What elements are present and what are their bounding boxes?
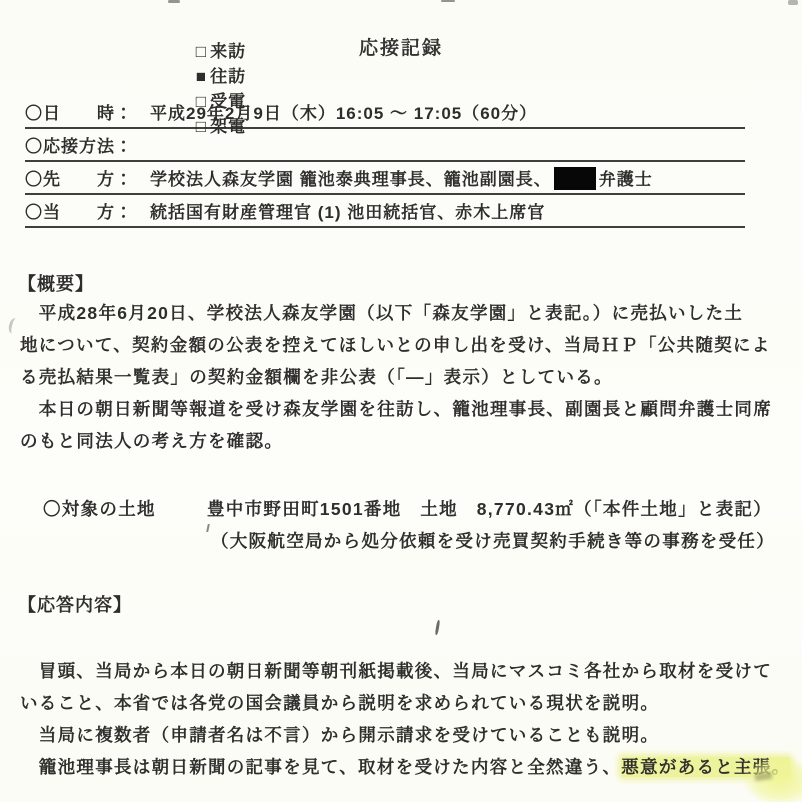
summary-paragraph1-line: 地について、契約金額の公表を控えてほしいとの申し出を受け、当局ＨＰ「公共随契によ: [20, 332, 771, 357]
summary-paragraph2-line: のもと同法人の考え方を確認。: [20, 428, 283, 453]
method-label: 〇応接方法：: [25, 132, 150, 157]
summary-paragraph2-line: 本日の朝日新聞等報道を受け森友学園を往訪し、籠池理事長、副園長と顧問弁護士同席: [20, 396, 772, 421]
subject-land-line2: （大阪航空局から処分依頼を受け売買契約手続き等の事務を受任）: [211, 528, 775, 553]
scan-artifact-top-mark: [168, 0, 180, 3]
method-option-juden: □受電: [196, 92, 246, 111]
method-option-kaden: □架電: [196, 117, 246, 136]
subject-land-label: 〇対象の土地: [43, 496, 156, 521]
counterpart-suffix: 弁護士: [599, 170, 653, 189]
scan-artifact-left-mark: [7, 317, 21, 335]
scan-artifact-top-mark: [788, 0, 798, 5]
response-last-line: 籠池理事長は朝日新聞の記事を見て、取材を受けた内容と全然違う、悪意があると主張。: [20, 754, 790, 779]
meta-row-counterpart: 〇先 方： 学校法人森友学園 籠池泰典理事長、籠池副園長、弁護士: [25, 162, 745, 195]
datetime-label: 〇日 時：: [25, 99, 150, 124]
response-line: 冒頭、当局から本日の朝日新聞等朝刊紙掲載後、当局にマスコミ各社から取材を受けて: [20, 658, 772, 683]
scan-artifact-apostrophe: [206, 524, 210, 532]
response-line: いること、本省では各党の国会議員から説明を求められている現状を説明。: [20, 690, 659, 715]
ourside-label: 〇当 方：: [25, 198, 150, 223]
summary-paragraph1-line: る売払結果一覧表」の契約金額欄を非公表（「—」表示）としている。: [20, 364, 613, 389]
summary-paragraph1-line: 平成28年6月20日、学校法人森友学園（以下「森友学園」と表記。）に売払いした土: [20, 300, 743, 325]
method-option-label: 架電: [210, 117, 246, 136]
response-last-line-prefix: 籠池理事長は朝日新聞の記事を見て、取材を受けた内容と全然違う、: [20, 757, 621, 777]
counterpart-value: 学校法人森友学園 籠池泰典理事長、籠池副園長、弁護士: [150, 165, 745, 190]
scan-artifact-top-mark: [441, 0, 455, 2]
scan-artifact-tick: [435, 620, 441, 635]
summary-section-heading: 【概要】: [18, 270, 94, 296]
subject-land-line1: 豊中市野田町1501番地 土地 8,770.43㎡（「本件土地」と表記）: [207, 496, 772, 521]
method-option-label: 往訪: [210, 67, 246, 86]
response-section-heading: 【応答内容】: [18, 591, 132, 617]
meta-row-ourside: 〇当 方： 統括国有財産管理官 (1) 池田統括官、赤木上席官: [25, 195, 745, 228]
checkbox-checked-icon: ■: [196, 67, 207, 86]
meta-row-method: 〇応接方法： □来訪 ■往訪 □受電 □架電: [25, 129, 745, 162]
method-option-raihou: □来訪: [196, 42, 246, 61]
method-option-ouhou: ■往訪: [196, 67, 246, 86]
method-option-label: 来訪: [210, 42, 246, 61]
response-line: 当局に複数者（申請者名は不言）から開示請求を受けていることも説明。: [20, 722, 659, 747]
checkbox-unchecked-icon: □: [196, 42, 207, 61]
ourside-value: 統括国有財産管理官 (1) 池田統括官、赤木上席官: [150, 198, 745, 223]
redaction-box: [554, 167, 596, 190]
counterpart-label: 〇先 方：: [25, 165, 150, 190]
checkbox-unchecked-icon: □: [196, 92, 207, 111]
counterpart-names: 学校法人森友学園 籠池泰典理事長、籠池副園長、: [150, 170, 552, 189]
method-options: □来訪 ■往訪 □受電 □架電: [150, 17, 745, 157]
scanned-document-page: 応接記録 〇日 時： 平成29年2月9日（木）16:05 ～ 17:05（60分…: [0, 0, 802, 802]
method-option-label: 受電: [210, 92, 246, 111]
checkbox-unchecked-icon: □: [196, 117, 207, 136]
meta-table: 〇日 時： 平成29年2月9日（木）16:05 ～ 17:05（60分） 〇応接…: [25, 96, 745, 228]
